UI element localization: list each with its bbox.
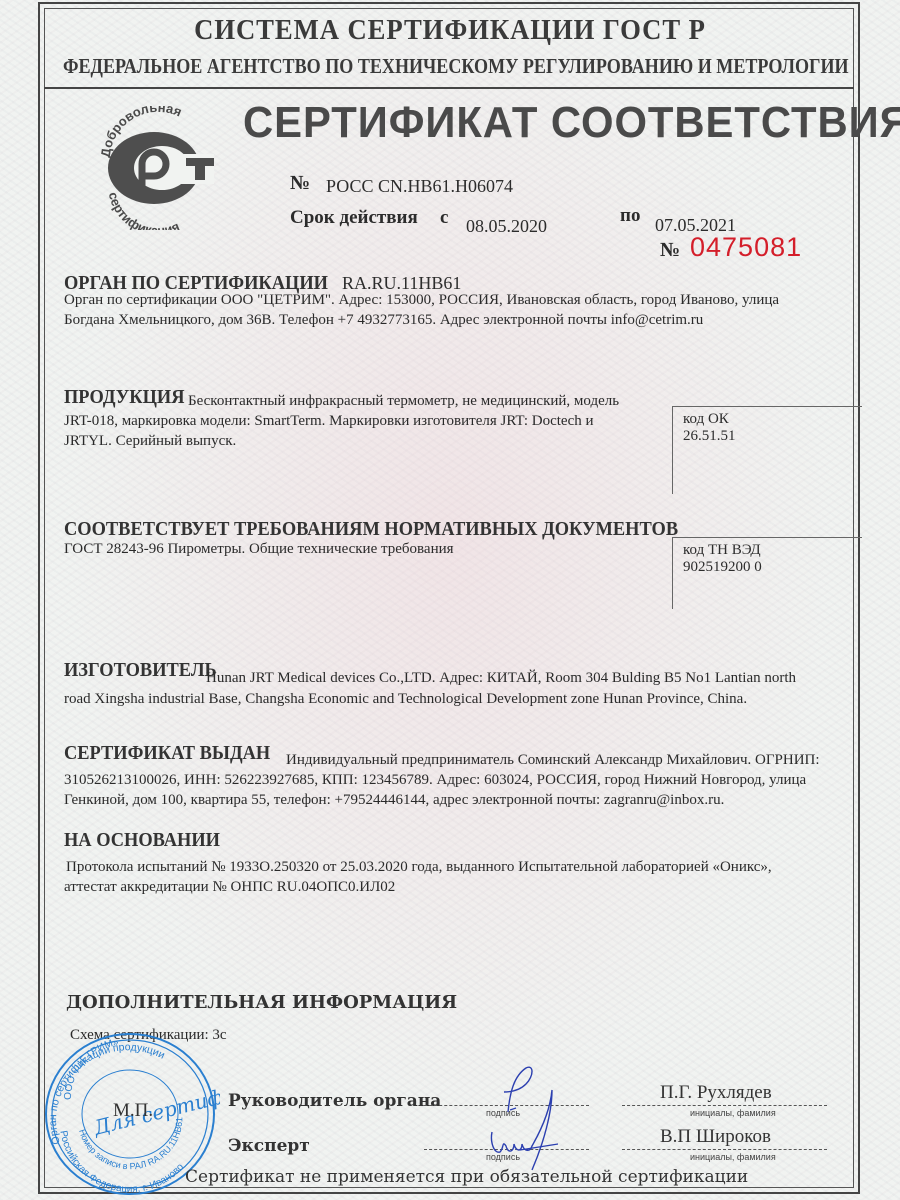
issued-to-line1: Индивидуальный предприниматель Соминский…: [286, 750, 820, 771]
issued-to-heading: СЕРТИФИКАТ ВЫДАН: [64, 742, 270, 765]
expert-label: Эксперт: [228, 1136, 310, 1156]
expert-name-caption: инициалы, фамилия: [690, 1152, 776, 1162]
certificate-number: РОСС CN.НВ61.Н06074: [326, 176, 513, 197]
issued-to-line3: Генкиной, дом 100, квартира 55, телефон:…: [64, 790, 724, 811]
product-line1: Бесконтактный инфракрасный термометр, не…: [188, 391, 619, 412]
tnved-code-value: 902519200 0: [683, 559, 862, 576]
basis-heading: НА ОСНОВАНИИ: [64, 829, 220, 852]
product-line3: JRTYL. Серийный выпуск.: [64, 431, 236, 452]
manufacturer-line2: road Xingsha industrial Base, Changsha E…: [64, 689, 747, 710]
okpd-code-box: код ОК 26.51.51: [672, 406, 862, 494]
issued-to-line2: 310526213100026, ИНН: 526223927685, КПП:…: [64, 770, 806, 791]
expert-name-line: [622, 1149, 827, 1150]
cert-body-line2: Богдана Хмельницкого, дом 36В. Телефон +…: [64, 310, 703, 331]
head-of-body-label: Руководитель органа: [228, 1091, 441, 1111]
valid-from-label: с: [440, 207, 448, 229]
agency-name: ФЕДЕРАЛЬНОЕ АГЕНТСТВО ПО ТЕХНИЧЕСКОМУ РЕ…: [63, 54, 837, 79]
blank-number-sign: №: [660, 239, 680, 262]
basis-line1: Протокола испытаний № 1933О.250320 от 25…: [66, 857, 772, 878]
compliance-standard: ГОСТ 28243-96 Пирометры. Общие техническ…: [64, 539, 454, 560]
tnved-code-box: код ТН ВЭД 902519200 0: [672, 537, 862, 609]
header-divider: [44, 87, 854, 89]
svg-text:ООО «ЦЕТРИМ»: ООО «ЦЕТРИМ»: [63, 1037, 120, 1100]
product-line2: JRT-018, маркировка модели: SmartTerm. М…: [64, 411, 594, 432]
footer-note: Сертификат не применяется при обязательн…: [185, 1167, 748, 1187]
valid-from-date: 08.05.2020: [466, 216, 547, 237]
expert-name: В.П Широков: [660, 1126, 771, 1148]
blank-serial-number: 0475081: [690, 232, 802, 263]
tnved-code-label: код ТН ВЭД: [683, 542, 862, 559]
cert-body-line1: Орган по сертификации ООО "ЦЕТРИМ". Адре…: [64, 290, 779, 311]
rst-logo-icon: Добровольная сертификация: [96, 106, 220, 230]
valid-to-label: по: [620, 205, 640, 227]
okpd-code-label: код ОК: [683, 411, 862, 428]
additional-info-heading: ДОПОЛНИТЕЛЬНАЯ ИНФОРМАЦИЯ: [66, 992, 457, 1013]
product-heading: ПРОДУКЦИЯ: [64, 386, 184, 409]
certificate-title: СЕРТИФИКАТ СООТВЕТСТВИЯ: [243, 98, 900, 148]
handwritten-signatures-icon: [480, 1062, 580, 1172]
head-name-caption: инициалы, фамилия: [690, 1108, 776, 1118]
manufacturer-heading: ИЗГОТОВИТЕЛЬ: [64, 659, 217, 682]
system-title: СИСТЕМА СЕРТИФИКАЦИИ ГОСТ Р: [36, 14, 864, 47]
manufacturer-line1: Hunan JRT Medical devices Co.,LTD. Адрес…: [206, 668, 796, 689]
head-name-line: [622, 1105, 827, 1106]
compliance-heading: СООТВЕТСТВУЕТ ТРЕБОВАНИЯМ НОРМАТИВНЫХ ДО…: [64, 518, 678, 541]
okpd-code-value: 26.51.51: [683, 428, 862, 445]
seal-place-label: М.П.: [113, 1100, 153, 1122]
head-of-body-name: П.Г. Рухлядев: [660, 1082, 772, 1104]
basis-line2: аттестат аккредитации № ОНПС RU.04ОПС0.И…: [64, 877, 395, 898]
validity-label: Срок действия: [290, 207, 418, 229]
number-sign: №: [290, 172, 310, 195]
